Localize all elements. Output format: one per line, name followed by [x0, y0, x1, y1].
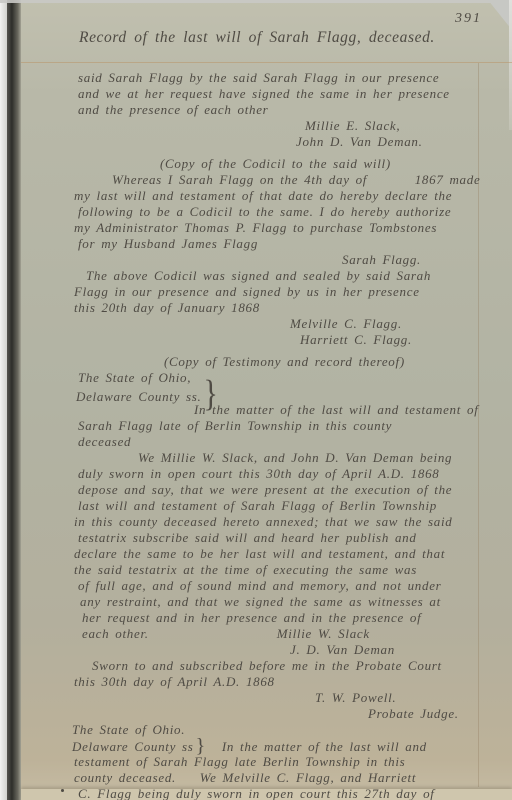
document-line: following to be a Codicil to the same. I…: [78, 204, 508, 220]
line-text: The State of Ohio.: [72, 722, 185, 737]
document-line: Sworn to and subscribed before me in the…: [92, 658, 508, 674]
line-text: The above Codicil was signed and sealed …: [86, 268, 431, 283]
document-line: and we at her request have signed the sa…: [78, 86, 508, 102]
document-line: in this county deceased hereto annexed; …: [74, 514, 508, 530]
document-line: this 20th day of January 1868: [74, 300, 508, 316]
document-line: T. W. Powell.: [315, 690, 508, 706]
document-line: J. D. Van Deman: [290, 642, 508, 658]
document-line: Melville C. Flagg.: [290, 316, 508, 332]
document-line: any restraint, and that we signed the sa…: [80, 594, 508, 610]
document-line: Harriett C. Flagg.: [300, 332, 508, 348]
line-text: J. D. Van Deman: [290, 642, 395, 657]
line-text: this 20th day of January 1868: [74, 300, 260, 315]
caption-brace: }: [196, 738, 206, 754]
line-text: her request and in her presence and in t…: [82, 610, 421, 625]
document-line: my Administrator Thomas P. Flagg to purc…: [74, 220, 508, 236]
ledger-photo: 391 Record of the last will of Sarah Fla…: [0, 0, 512, 800]
caption-brace: }: [204, 384, 219, 404]
line-text: any restraint, and that we signed the sa…: [80, 594, 441, 609]
line-text: Whereas I Sarah Flagg on the 4th day of …: [112, 172, 480, 187]
line-text: Harriett C. Flagg.: [300, 332, 412, 347]
document-line: the said testatrix at the time of execut…: [74, 562, 508, 578]
page-top-edge: [0, 0, 512, 3]
page-number: 391: [455, 11, 482, 27]
line-text: my last will and testament of that date …: [74, 188, 452, 203]
document-line: Delaware County ss.}: [76, 386, 508, 402]
line-text: following to be a Codicil to the same. I…: [78, 204, 451, 219]
line-text-right: Millie W. Slack: [277, 626, 370, 642]
document-line: The State of Ohio,: [78, 370, 508, 386]
line-text: last will and testament of Sarah Flagg o…: [78, 498, 437, 513]
line-text: Probate Judge.: [368, 706, 459, 721]
line-text: We Millie W. Slack, and John D. Van Dema…: [138, 450, 452, 465]
document-line: Probate Judge.: [368, 706, 508, 722]
line-text: C. Flagg being duly sworn in open court …: [78, 786, 435, 800]
document-line: Delaware County ss}In the matter of the …: [72, 738, 508, 754]
document-line: Flagg in our presence and signed by us i…: [74, 284, 508, 300]
line-text: declare the same to be her last will and…: [74, 546, 445, 561]
line-text: said Sarah Flagg by the said Sarah Flagg…: [78, 70, 439, 85]
page-title: Record of the last will of Sarah Flagg, …: [79, 29, 435, 47]
photo-left-edge: [0, 0, 7, 800]
document-line: said Sarah Flagg by the said Sarah Flagg…: [78, 70, 508, 86]
document-line: for my Husband James Flagg: [78, 236, 508, 252]
document-line: her request and in her presence and in t…: [82, 610, 508, 626]
line-text: and we at her request have signed the sa…: [78, 86, 450, 101]
document-line: deceased: [78, 434, 508, 450]
line-text: county deceased. We Melville C. Flagg, a…: [74, 770, 416, 785]
document-line: each other.Millie W. Slack: [82, 626, 508, 642]
line-text: of full age, and of sound mind and memor…: [78, 578, 441, 593]
document-line: testatrix subscribe said will and heard …: [78, 530, 508, 546]
document-line: Whereas I Sarah Flagg on the 4th day of …: [112, 172, 508, 188]
line-text: The State of Ohio,: [78, 370, 191, 385]
document-line: testament of Sarah Flagg late Berlin Tow…: [74, 754, 508, 770]
line-text: Sarah Flagg.: [342, 252, 421, 267]
line-text-right: In the matter of the last will and: [222, 739, 427, 755]
document-line: and the presence of each other: [78, 102, 508, 118]
line-text: Flagg in our presence and signed by us i…: [74, 284, 420, 299]
document-line: C. Flagg being duly sworn in open court …: [78, 786, 508, 800]
document-line: Sarah Flagg.: [342, 252, 508, 268]
line-text: duly sworn in open court this 30th day o…: [78, 466, 440, 481]
document-line: John D. Van Deman.: [296, 134, 508, 150]
line-text: T. W. Powell.: [315, 690, 396, 705]
line-text: the said testatrix at the time of execut…: [74, 562, 417, 577]
line-text: testament of Sarah Flagg late Berlin Tow…: [74, 754, 405, 769]
line-text: and the presence of each other: [78, 102, 268, 117]
line-text: deceased: [78, 434, 131, 449]
line-text: In the matter of the last will and testa…: [194, 402, 479, 417]
line-text: testatrix subscribe said will and heard …: [78, 530, 417, 545]
document-line: last will and testament of Sarah Flagg o…: [78, 498, 508, 514]
line-text: depose and say, that we were present at …: [78, 482, 452, 497]
document-body: said Sarah Flagg by the said Sarah Flagg…: [72, 70, 508, 800]
line-text: in this county deceased hereto annexed; …: [74, 514, 453, 529]
header-rule-line: [21, 62, 512, 63]
line-text: Millie E. Slack,: [305, 118, 400, 133]
section-heading-codicil-copy: (Copy of the Codicil to the said will): [160, 156, 508, 172]
document-line: We Millie W. Slack, and John D. Van Dema…: [138, 450, 508, 466]
line-text: Sarah Flagg late of Berlin Township in t…: [78, 418, 392, 433]
line-text: my Administrator Thomas P. Flagg to purc…: [74, 220, 437, 235]
line-text: each other.: [82, 626, 149, 641]
document-line: declare the same to be her last will and…: [74, 546, 508, 562]
document-line: Sarah Flagg late of Berlin Township in t…: [78, 418, 508, 434]
ink-speck: [61, 789, 64, 792]
document-line: of full age, and of sound mind and memor…: [78, 578, 508, 594]
line-text: Delaware County ss: [72, 739, 194, 754]
line-text: John D. Van Deman.: [296, 134, 423, 149]
line-text: Sworn to and subscribed before me in the…: [92, 658, 442, 673]
document-line: county deceased. We Melville C. Flagg, a…: [74, 770, 508, 786]
line-text: Delaware County ss.: [76, 389, 202, 404]
document-line: depose and say, that we were present at …: [78, 482, 508, 498]
document-line: my last will and testament of that date …: [74, 188, 508, 204]
document-line: Millie E. Slack,: [305, 118, 508, 134]
book-gutter-shadow: [7, 0, 21, 800]
document-line: In the matter of the last will and testa…: [194, 402, 508, 418]
document-line: The State of Ohio.: [72, 722, 508, 738]
line-text: this 30th day of April A.D. 1868: [74, 674, 275, 689]
document-line: this 30th day of April A.D. 1868: [74, 674, 508, 690]
section-heading-testimony-copy: (Copy of Testimony and record thereof): [164, 354, 508, 370]
line-text: Melville C. Flagg.: [290, 316, 402, 331]
line-text: for my Husband James Flagg: [78, 236, 258, 251]
document-line: The above Codicil was signed and sealed …: [86, 268, 508, 284]
document-line: duly sworn in open court this 30th day o…: [78, 466, 508, 482]
